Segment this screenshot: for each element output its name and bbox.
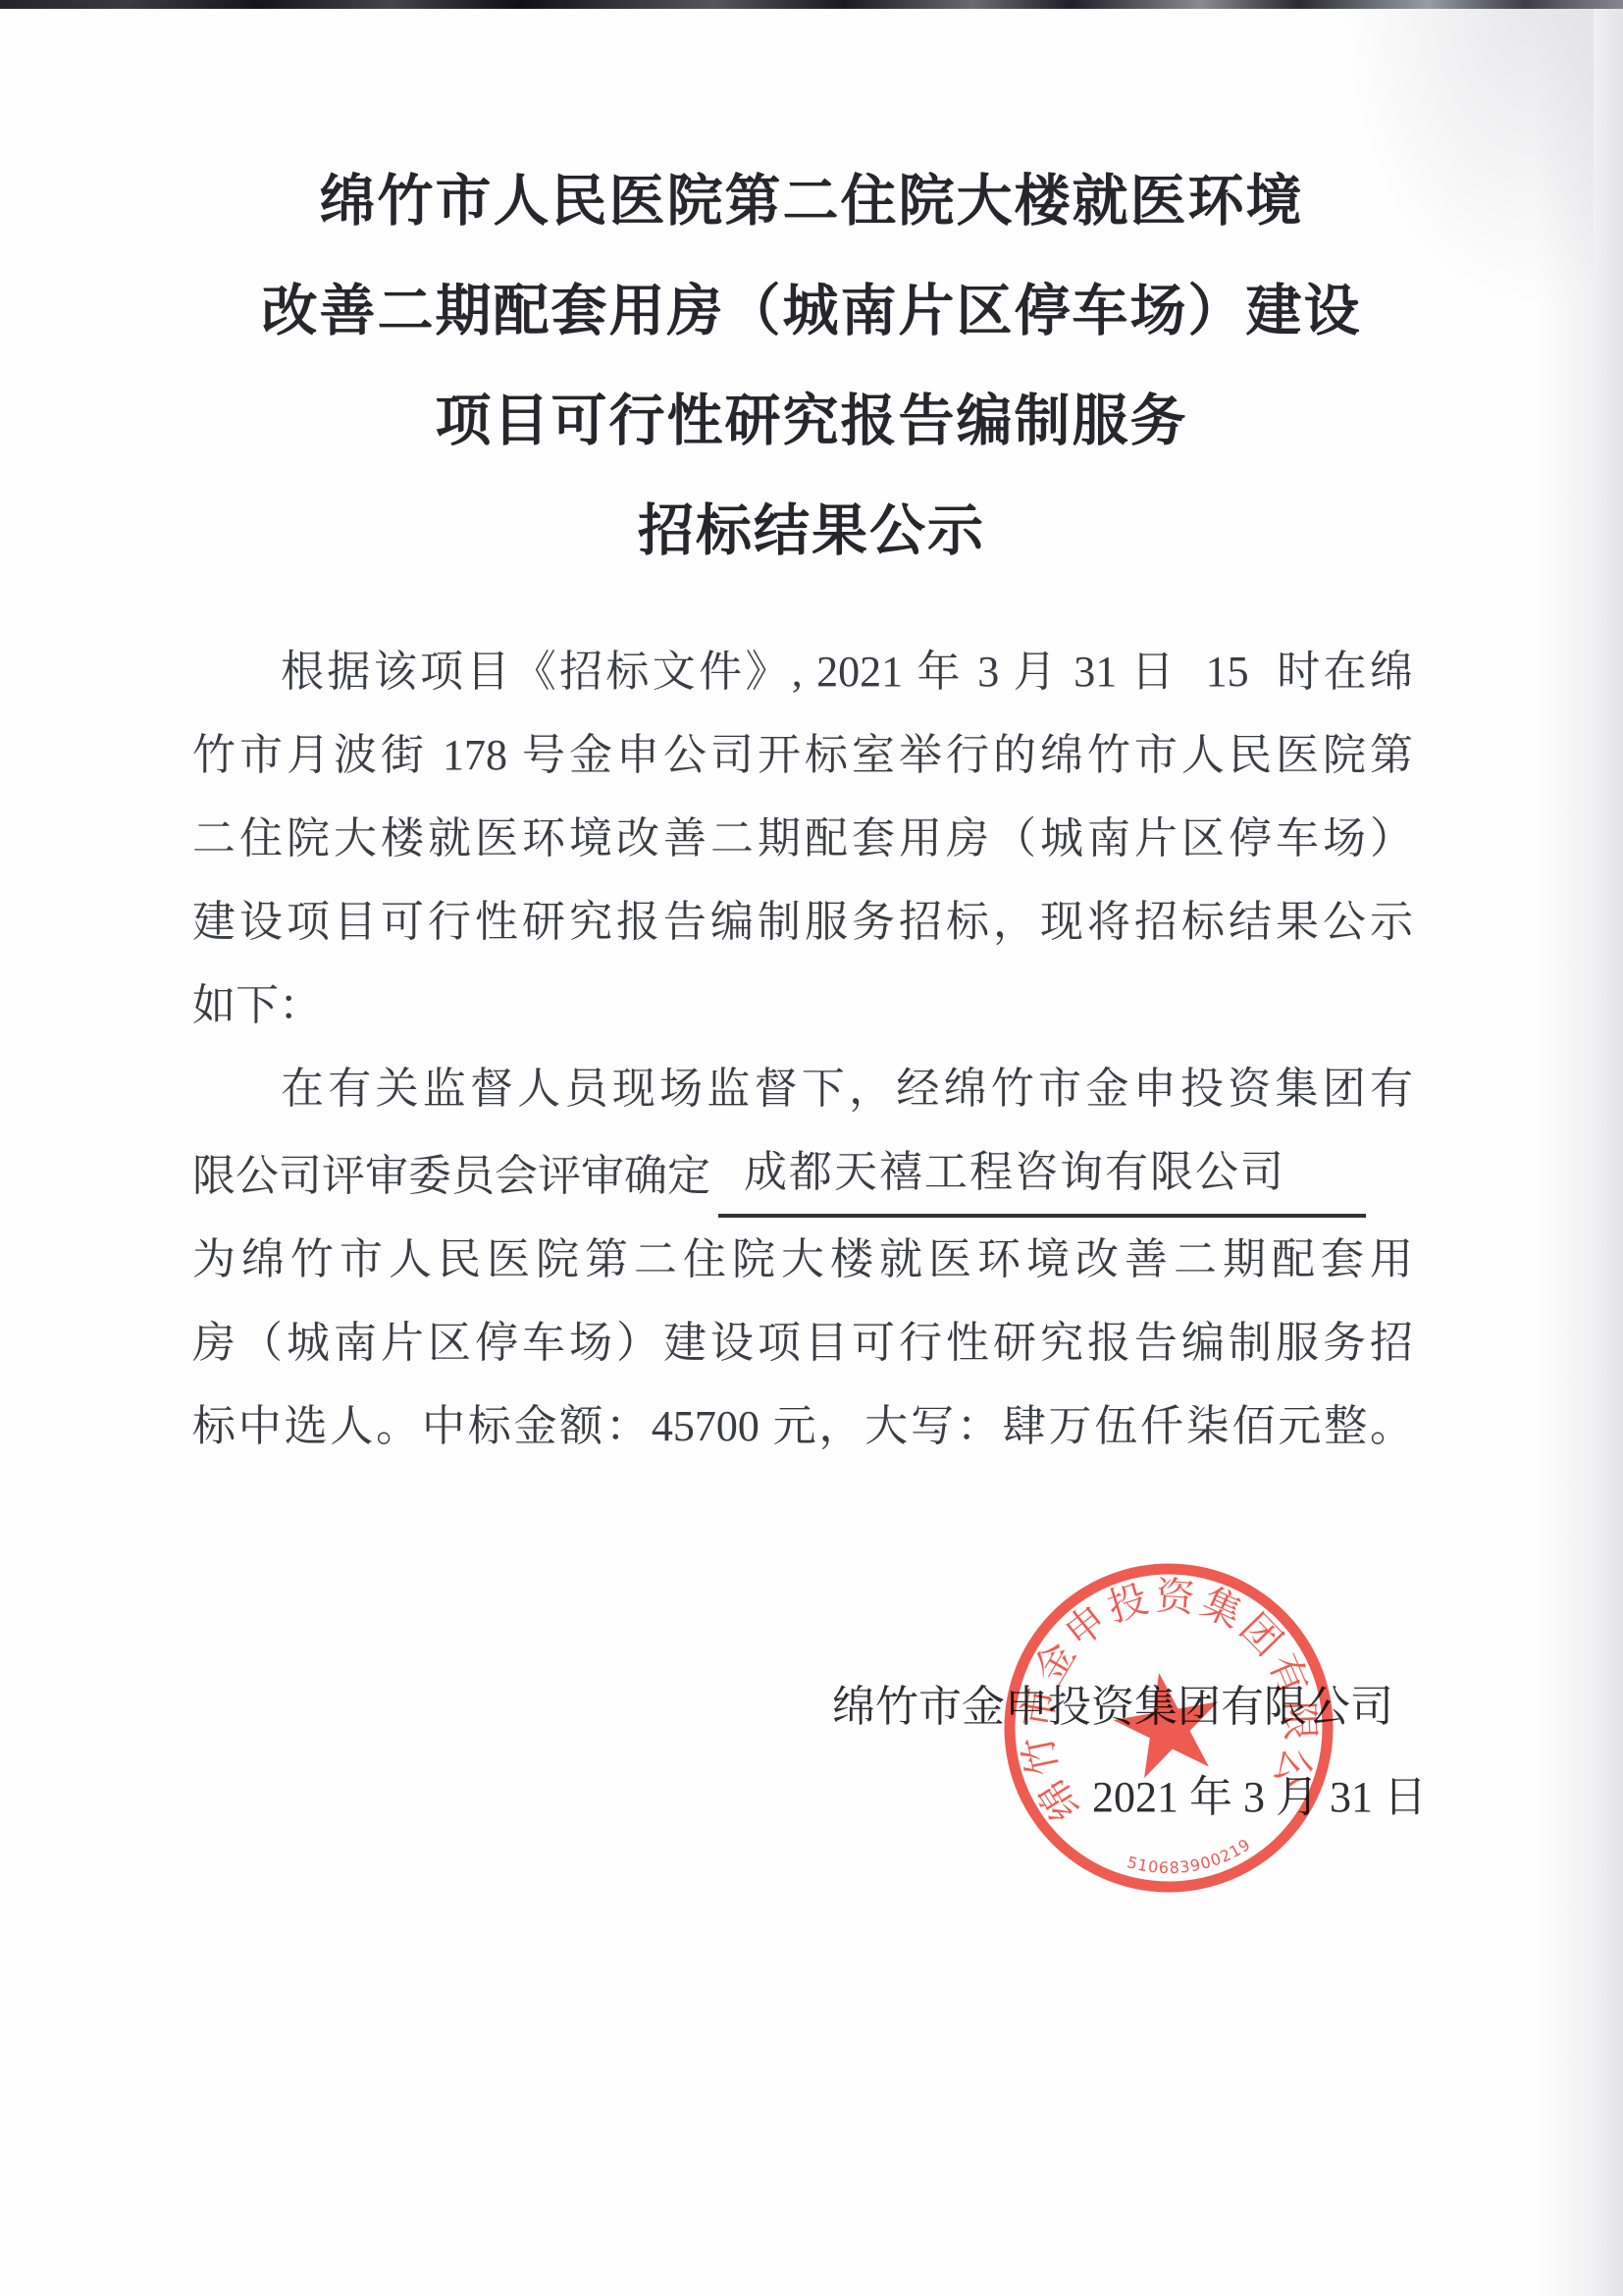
document-body: 根据该项目《招标文件》, 2021 年 3 月 31 日 15 时在绵 竹市月波… (0, 630, 1623, 1468)
title-line-4: 招标结果公示 (118, 477, 1505, 587)
seal-svg: 绵竹市金申投资集团有限公司 5106839002194 (995, 1554, 1342, 1902)
scanner-right-shadow (1535, 0, 1623, 2296)
paragraph-1-line-2: 竹市月波街 178 号金申公司开标室举行的绵竹市人民医院第 (192, 713, 1413, 797)
signature-block: 绵竹市金申投资集团有限公司 2021 年 3 月 31 日 (0, 1664, 1623, 1841)
scanned-document-page: 绵竹市人民医院第二住院大楼就医环境 改善二期配套用房（城南片区停车场）建设 项目… (0, 0, 1623, 2296)
paragraph-2-line-1: 在有关监督人员现场监督下，经绵竹市金申投资集团有 (192, 1047, 1413, 1130)
paragraph-2-line-4: 房（城南片区停车场）建设项目可行性研究报告编制服务招 (192, 1301, 1413, 1384)
winning-bidder-name: 成都天禧工程咨询有限公司 (718, 1130, 1366, 1218)
paragraph-1-line-5: 如下： (192, 964, 1413, 1047)
document-title: 绵竹市人民医院第二住院大楼就医环境 改善二期配套用房（城南片区停车场）建设 项目… (118, 147, 1505, 587)
scanner-corner-smudge (1338, 0, 1594, 314)
title-line-2: 改善二期配套用房（城南片区停车场）建设 (118, 257, 1505, 367)
signature-date: 2021 年 3 月 31 日 (0, 1754, 1623, 1841)
seal-star-icon (1107, 1663, 1230, 1781)
winner-line-prefix: 限公司评审委员会评审确定 (192, 1134, 710, 1218)
paragraph-1-line-4: 建设项目可行性研究报告编制服务招标，现将招标结果公示 (192, 880, 1413, 964)
paragraph-2-line-2: 限公司评审委员会评审确定 成都天禧工程咨询有限公司 (192, 1130, 1413, 1218)
title-line-1: 绵竹市人民医院第二住院大楼就医环境 (118, 147, 1505, 257)
paragraph-1-line-1: 根据该项目《招标文件》, 2021 年 3 月 31 日 15 时在绵 (192, 630, 1413, 713)
signature-company-name: 绵竹市金申投资集团有限公司 (0, 1664, 1623, 1750)
paragraph-2-line-3: 为绵竹市人民医院第二住院大楼就医环境改善二期配套用 (192, 1218, 1413, 1301)
title-line-3: 项目可行性研究报告编制服务 (118, 367, 1505, 477)
company-seal-stamp: 绵竹市金申投资集团有限公司 5106839002194 (995, 1554, 1342, 1902)
paragraph-2-line-5: 标中选人。中标金额：45700 元，大写：肆万伍仟柒佰元整。 (192, 1384, 1413, 1468)
paragraph-1-line-3: 二住院大楼就医环境改善二期配套用房（城南片区停车场） (192, 797, 1413, 880)
